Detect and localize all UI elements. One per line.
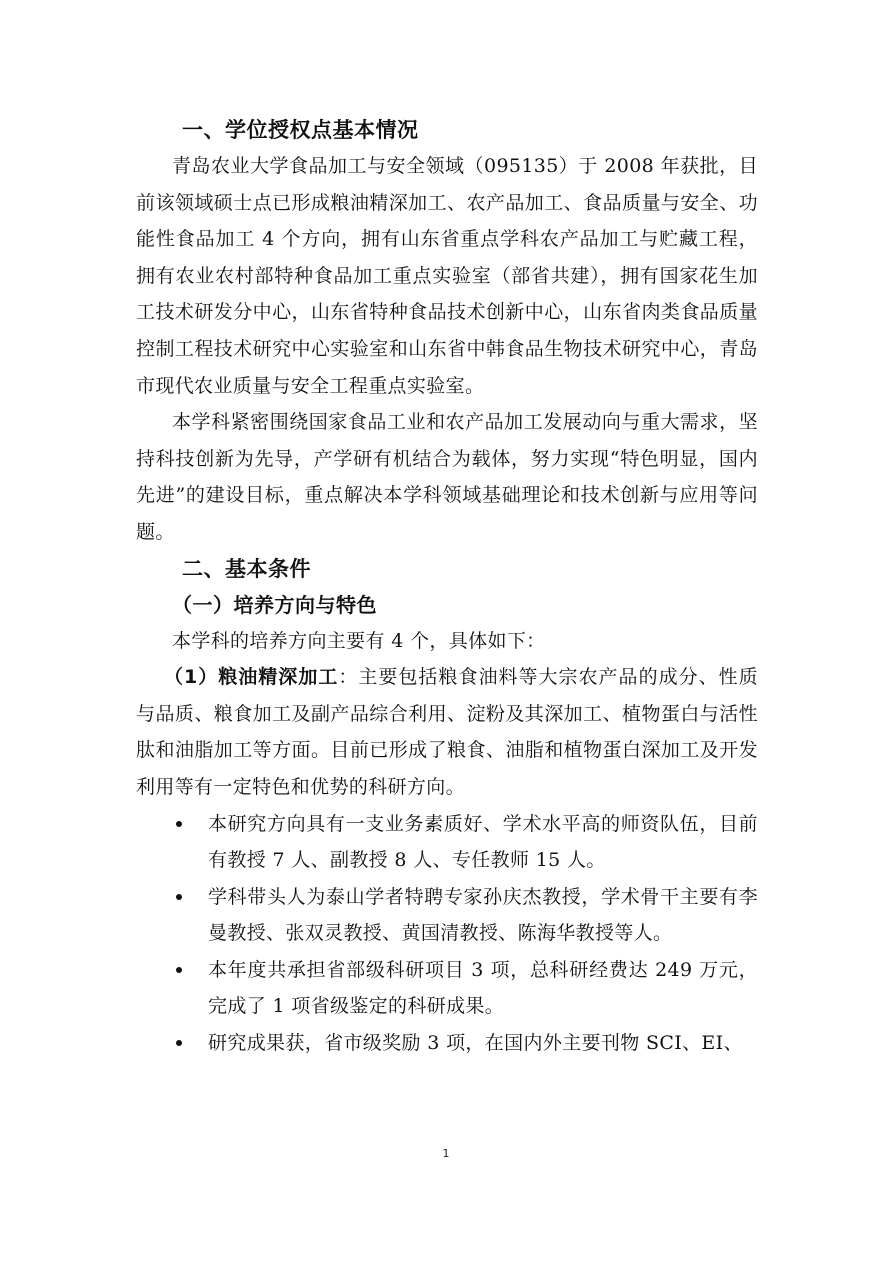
bullet-icon [176, 894, 182, 900]
direction-1-label: （1）粮油精深加工 [164, 666, 338, 688]
list-item-text: 本研究方向具有一支业务素质好、学术水平高的师资队伍，目前有教授 7 人、副教授 … [208, 813, 758, 872]
list-item-text: 研究成果获，省市级奖励 3 项，在国内外主要刊物 SCI、EI、 [208, 1032, 743, 1054]
list-item: 学科带头人为泰山学者特聘专家孙庆杰教授，学术骨干主要有李曼教授、张双灵教授、黄国… [136, 879, 758, 952]
subsection-heading-training-directions: （一）培养方向与特色 [136, 587, 758, 623]
list-item: 本研究方向具有一支业务素质好、学术水平高的师资队伍，目前有教授 7 人、副教授 … [136, 806, 758, 879]
section-heading-basic-conditions: 二、基本条件 [136, 551, 758, 587]
page-number: 1 [0, 1147, 892, 1160]
list-item: 本年度共承担省部级科研项目 3 项，总科研经费达 249 万元，完成了 1 项省… [136, 952, 758, 1025]
list-item-text: 本年度共承担省部级科研项目 3 项，总科研经费达 249 万元，完成了 1 项省… [208, 959, 758, 1018]
paragraph-directions-intro: 本学科的培养方向主要有 4 个，具体如下： [136, 623, 758, 660]
document-page: 一、学位授权点基本情况 青岛农业大学食品加工与安全领域（095135）于 200… [0, 0, 892, 1261]
paragraph-direction-1: （1）粮油精深加工：主要包括粮食油料等大宗农产品的成分、性质与品质、粮食加工及副… [136, 659, 758, 805]
text-column: 一、学位授权点基本情况 青岛农业大学食品加工与安全领域（095135）于 200… [136, 112, 758, 1062]
list-item: 研究成果获，省市级奖励 3 项，在国内外主要刊物 SCI、EI、 [136, 1025, 758, 1062]
list-item-text: 学科带头人为泰山学者特聘专家孙庆杰教授，学术骨干主要有李曼教授、张双灵教授、黄国… [208, 886, 758, 945]
direction-1-bullet-list: 本研究方向具有一支业务素质好、学术水平高的师资队伍，目前有教授 7 人、副教授 … [136, 806, 758, 1062]
bullet-icon [176, 821, 182, 827]
paragraph-discipline-goals: 本学科紧密围绕国家食品工业和农产品加工发展动向与重大需求，坚持科技创新为先导，产… [136, 404, 758, 550]
bullet-icon [176, 1040, 182, 1046]
bullet-icon [176, 967, 182, 973]
paragraph-program-overview: 青岛农业大学食品加工与安全领域（095135）于 2008 年获批，目前该领域硕… [136, 148, 758, 404]
section-heading-basic-info: 一、学位授权点基本情况 [136, 112, 758, 148]
